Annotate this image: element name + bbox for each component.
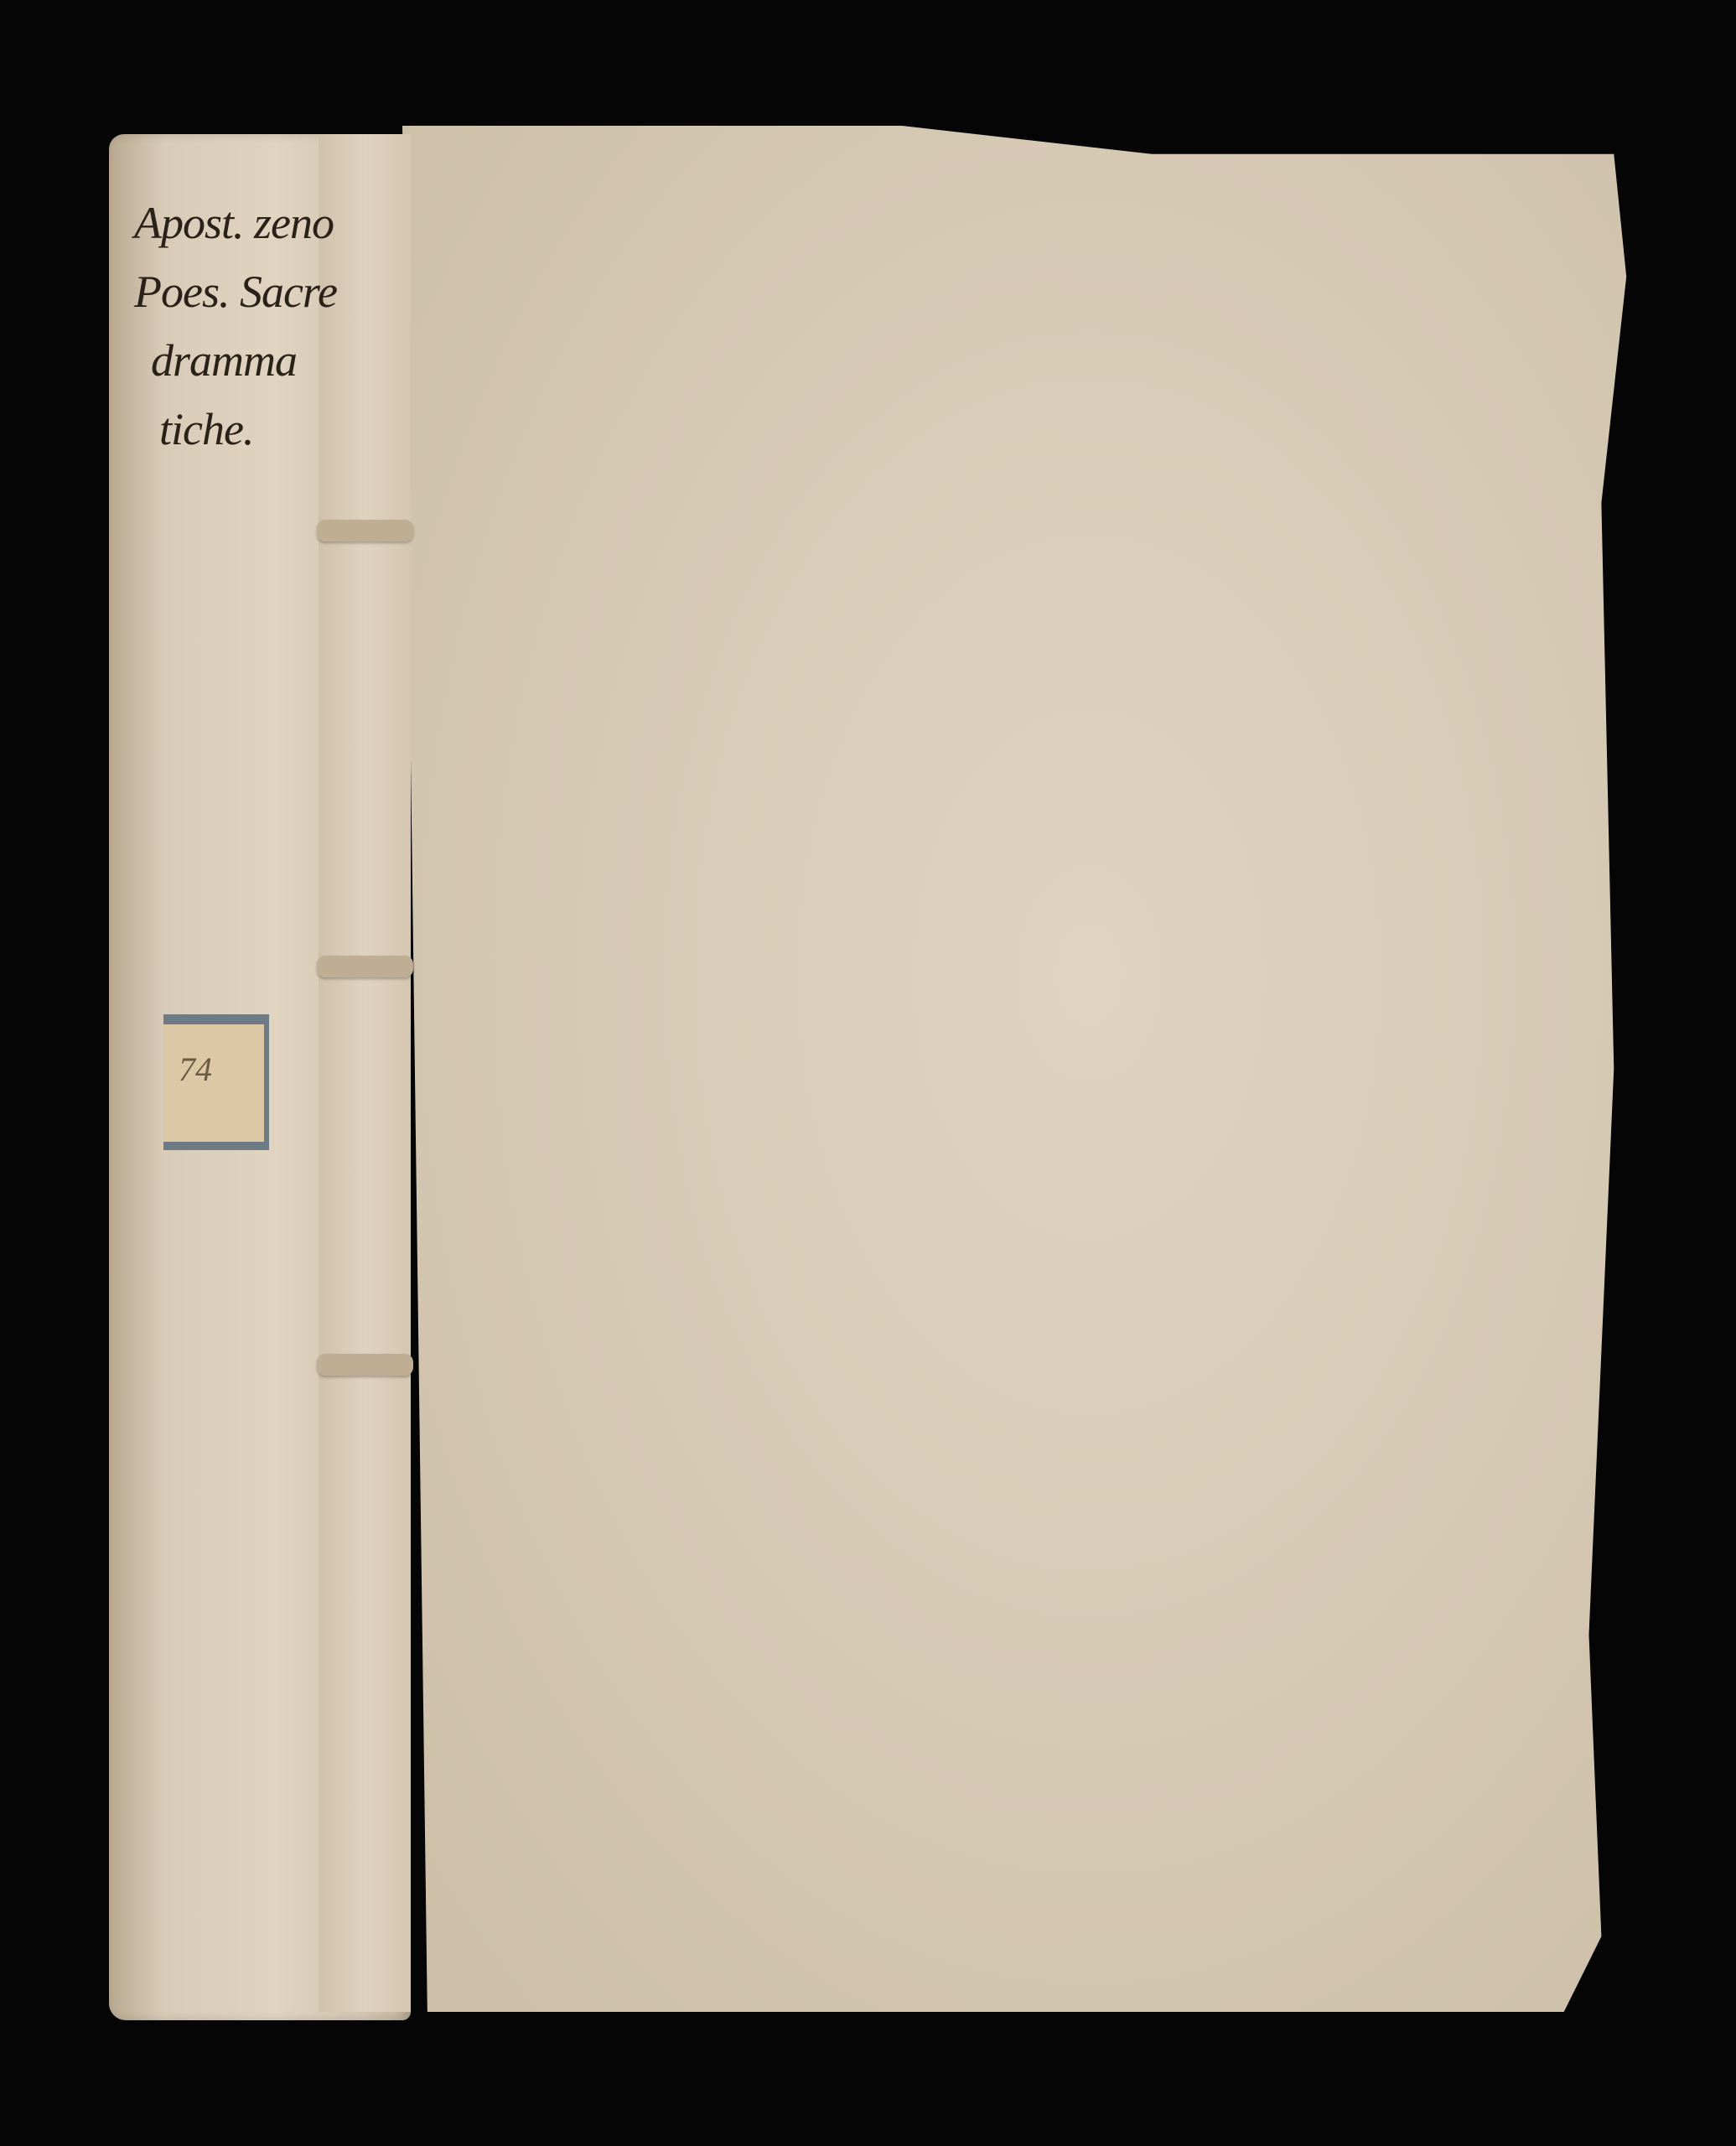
spine-title-line: tiche.: [134, 395, 327, 464]
spine-title: Apost. zeno Poes. Sacre dramma tiche.: [134, 189, 327, 464]
raised-band: [317, 1354, 413, 1376]
raised-band: [317, 956, 413, 977]
book-photo: Apost. zeno Poes. Sacre dramma tiche. 74: [0, 0, 1736, 2146]
shelf-label-number: 74: [179, 1050, 212, 1089]
raised-band: [317, 520, 413, 542]
shelf-label: 74: [163, 1014, 269, 1150]
spine-title-line: dramma: [134, 326, 327, 395]
spine-title-line: Apost. zeno: [134, 189, 327, 257]
spine-joint: [319, 134, 411, 2012]
front-cover: [402, 126, 1651, 2012]
spine-title-line: Poes. Sacre: [134, 257, 327, 326]
